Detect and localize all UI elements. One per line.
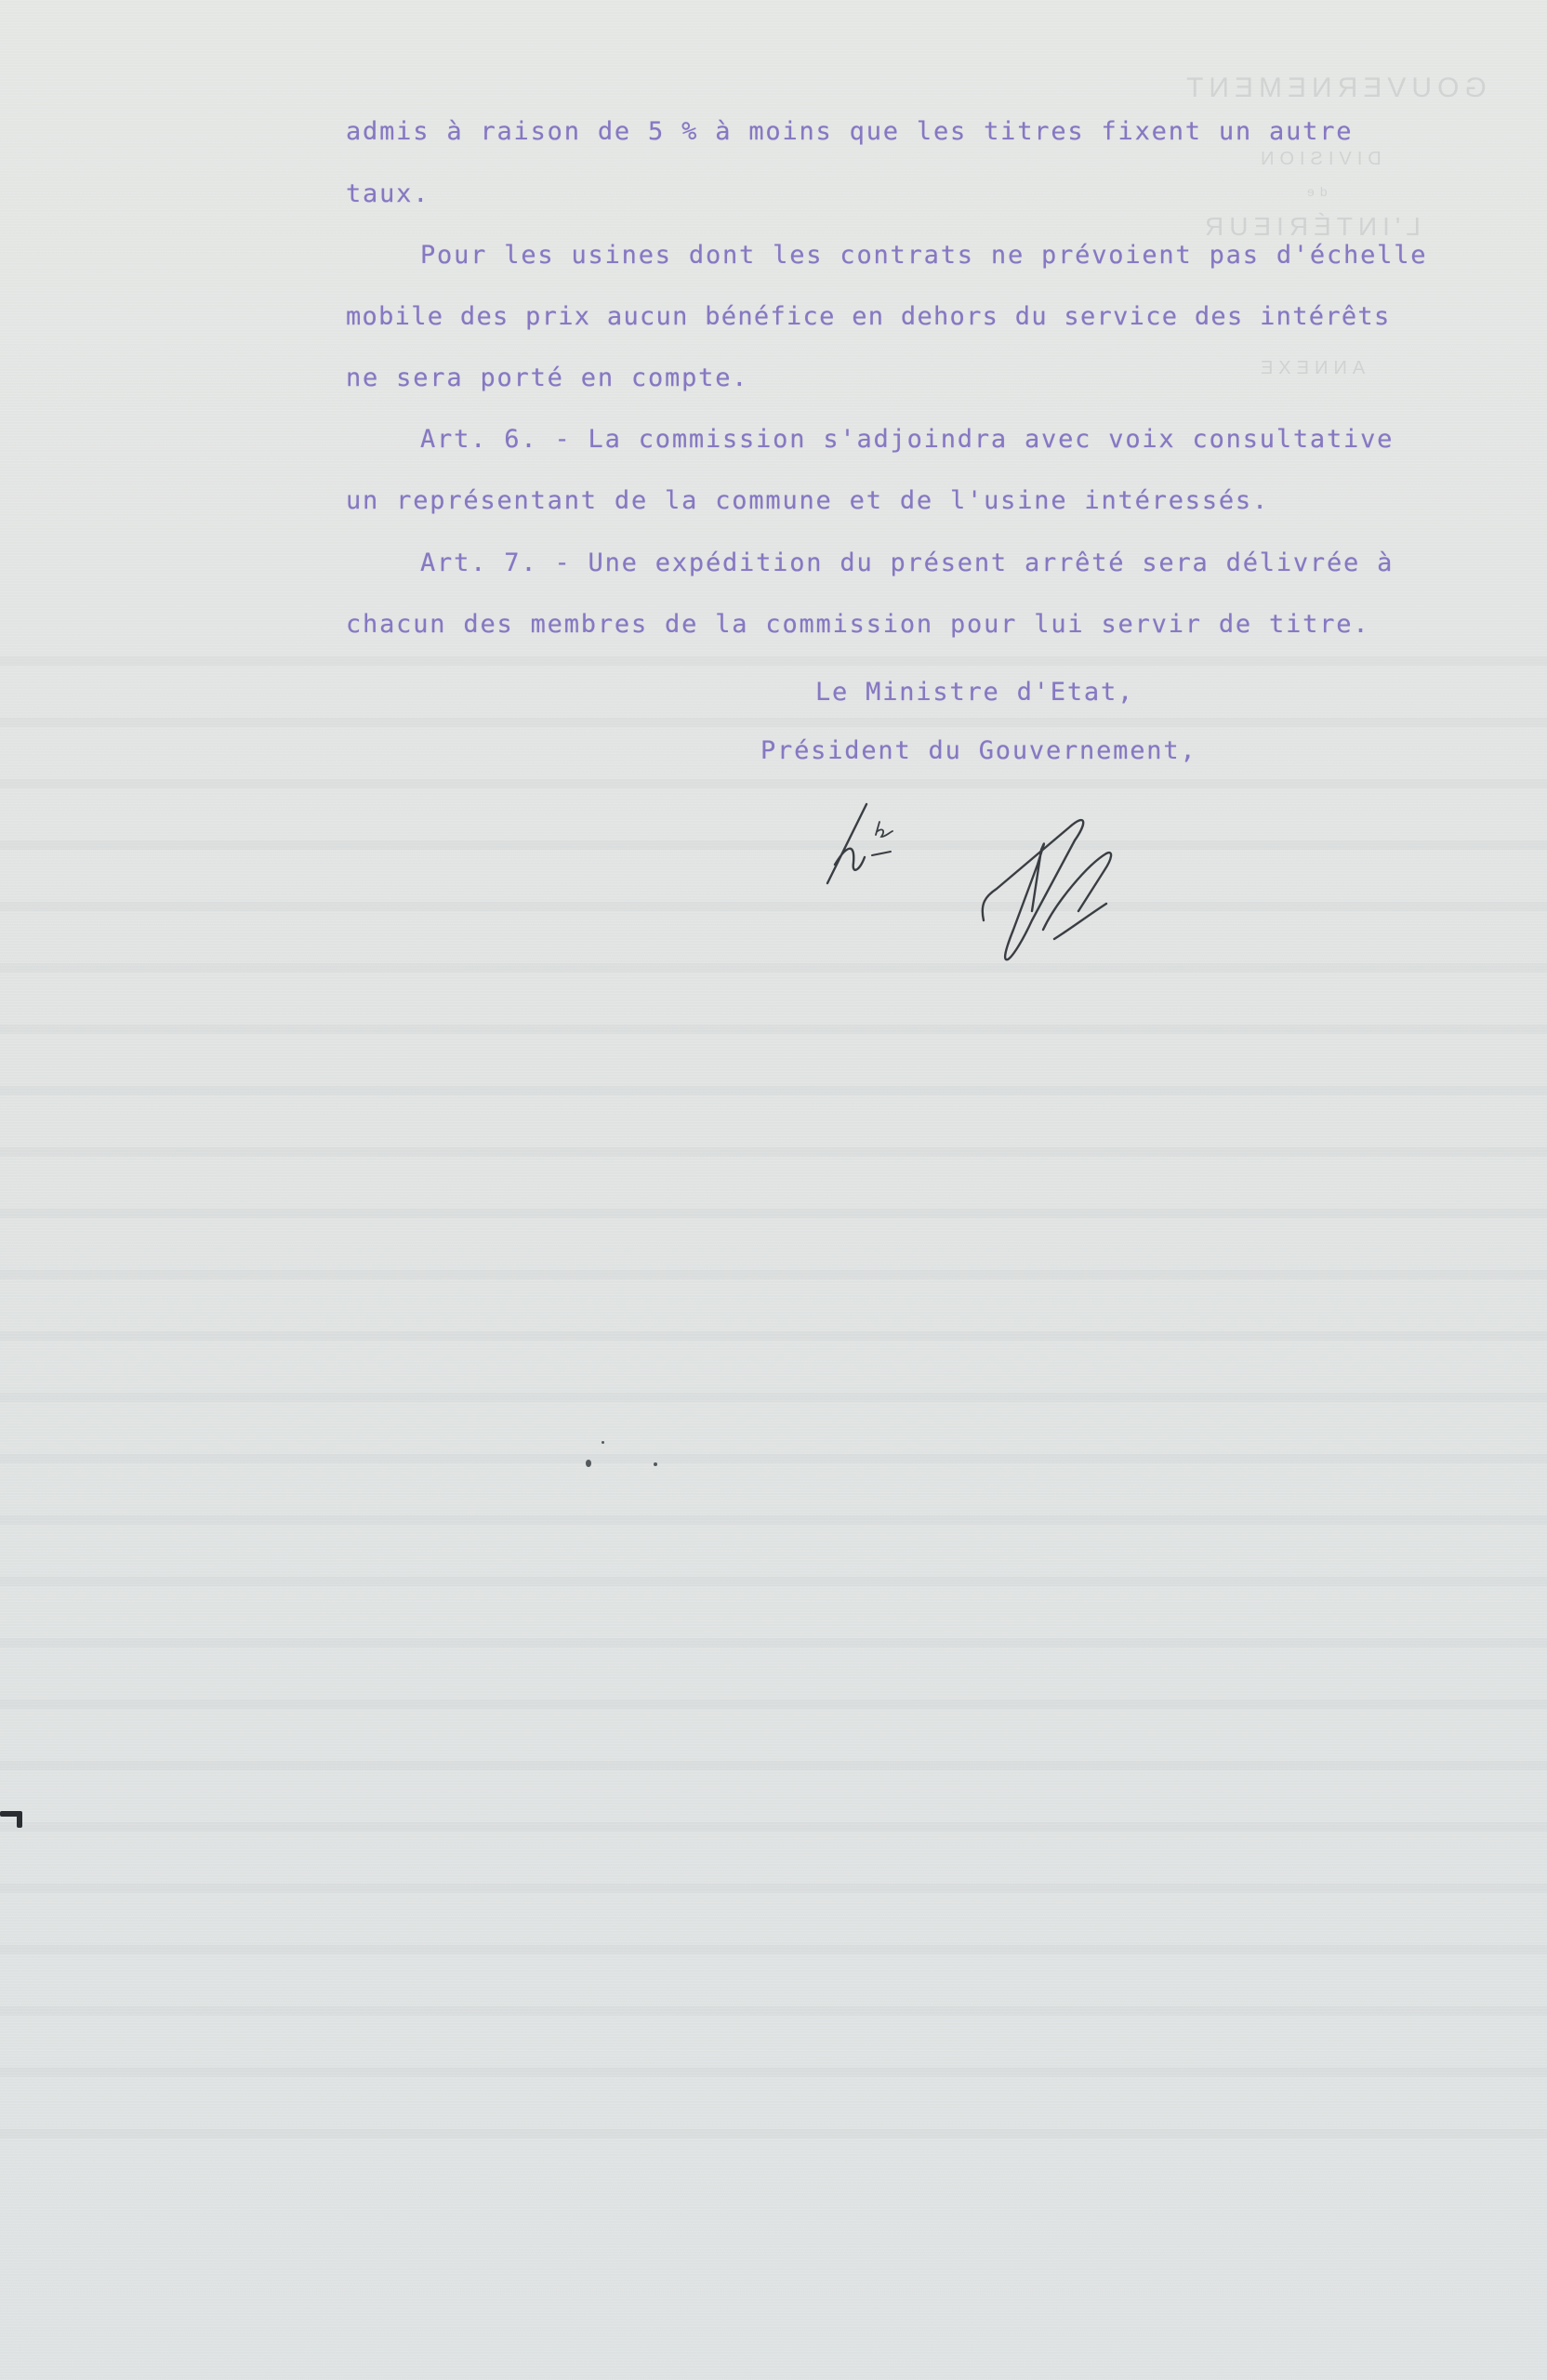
show-through-de: de [1302, 184, 1328, 199]
initials-signature [818, 790, 930, 892]
body-line-2: taux. [346, 178, 430, 210]
article-7-line-1: Art. 7. - Une expédition du présent arrê… [420, 548, 1394, 579]
signatory-title-2: Président du Gouvernement, [760, 735, 1197, 767]
article-7-line-2: chacun des membres de la commission pour… [346, 609, 1369, 641]
show-through-interieur: L'INTÉRIEUR [1199, 212, 1421, 242]
ink-speck [654, 1462, 657, 1466]
signatory-title-1: Le Ministre d'Etat, [815, 677, 1134, 708]
body-line-4: mobile des prix aucun bénéfice en dehors… [346, 301, 1391, 333]
document-page: GOUVERNEMENT DIVISION de L'INTÉRIEUR ANN… [0, 0, 1547, 2380]
show-through-gouvernement: GOUVERNEMENT [1181, 73, 1487, 104]
ink-speck [586, 1460, 591, 1467]
body-line-3: Pour les usines dont les contrats ne pré… [420, 240, 1427, 271]
body-line-5: ne sera porté en compte. [346, 363, 748, 394]
reverse-side-show-through [0, 651, 1547, 2138]
main-signature [976, 800, 1144, 976]
article-6-line-2: un représentant de la commune et de l'us… [346, 485, 1269, 517]
show-through-division: DIVISION [1255, 149, 1382, 170]
left-edge-binding-mark-tail [17, 1813, 22, 1828]
article-6-line-1: Art. 6. - La commission s'adjoindra avec… [420, 424, 1394, 456]
ink-speck [602, 1441, 604, 1444]
body-line-1: admis à raison de 5 % à moins que les ti… [346, 116, 1353, 148]
show-through-annexe: ANNEXE [1255, 358, 1365, 379]
